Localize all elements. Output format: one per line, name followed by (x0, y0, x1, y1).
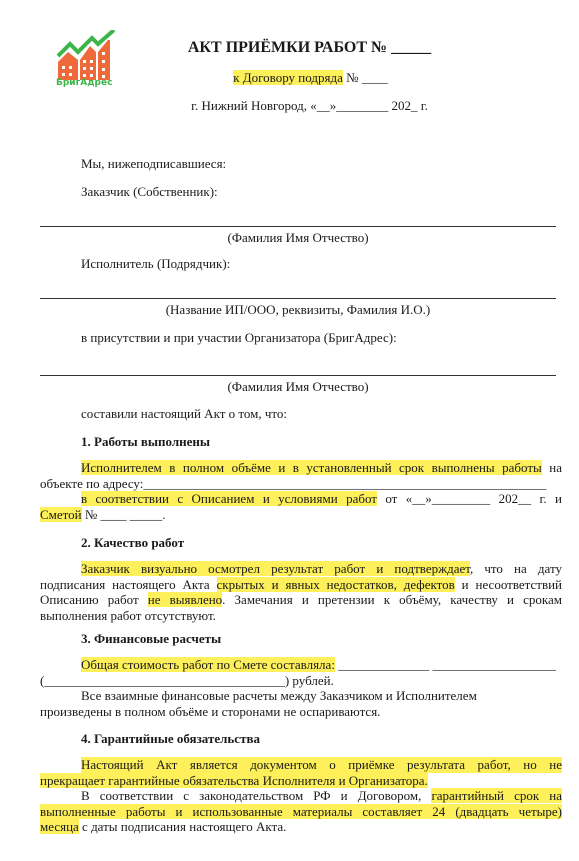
warranty-months-highlight: месяца (40, 819, 79, 834)
customer-caption: (Фамилия Имя Отчество) (40, 230, 556, 246)
warranty-not-terminated-highlight: Настоящий Акт является документом о приё… (81, 757, 562, 772)
s2-text: . Замечания и претензии к объёму, качест… (222, 592, 562, 607)
section-4-body: Настоящий Акт является документом о приё… (40, 757, 562, 835)
not-found-highlight: не выявлено (148, 592, 222, 607)
section-1-heading: 1. Работы выполнены (81, 434, 210, 450)
s2-text: выполнения работ отсутствуют. (40, 608, 562, 624)
organizer-name-line[interactable] (40, 375, 556, 376)
act-number-blank[interactable]: ___ (407, 39, 431, 56)
contract-number-blank[interactable]: № ____ (343, 70, 388, 85)
description-conformity-highlight: в соответствии с Описанием и условиями р… (81, 491, 377, 506)
warranty-period-highlight: гарантийный срок на (431, 788, 562, 803)
s1-text: на (542, 460, 562, 475)
section-3-heading: 3. Финансовые расчеты (81, 631, 221, 647)
s3-text: Все взаимные финансовые расчеты между За… (81, 688, 477, 703)
section-2-body: Заказчик визуально осмотрел результат ра… (40, 561, 562, 623)
total-cost-highlight: Общая стоимость работ по Смете составлял… (81, 657, 335, 672)
s2-text: Описанию работ (40, 592, 148, 607)
s2-text: подписания настоящего Акта (40, 577, 217, 592)
section-4-heading: 4. Гарантийные обязательства (81, 731, 260, 747)
contractor-name-line[interactable] (40, 298, 556, 299)
warranty-obligations-highlight: прекращает гарантийные обязательства Исп… (40, 773, 428, 788)
organizer-label: в присутствии и при участии Организатора… (81, 330, 397, 346)
section-2-heading: 2. Качество работ (81, 535, 184, 551)
section-1-body: Исполнителем в полном объёме и в установ… (40, 460, 562, 522)
parties-intro: Мы, нижеподписавшиеся: (81, 156, 226, 172)
object-address-field[interactable]: объекте по адресу:______________________… (40, 476, 562, 492)
description-date-field[interactable]: от «__»_________ 202__ г. и (377, 491, 562, 506)
document-title: АКТ ПРИЁМКИ РАБОТ № _____ (0, 39, 579, 57)
contractor-label: Исполнитель (Подрядчик): (81, 256, 230, 272)
total-cost-field[interactable]: ______________ ___________________ (335, 657, 556, 672)
defects-highlight: скрытых и явных недостатков, дефектов (217, 577, 455, 592)
city-date-line[interactable]: г. Нижний Новгород, «__»________ 202_ г. (0, 98, 579, 114)
customer-name-line[interactable] (40, 226, 556, 227)
organizer-caption: (Фамилия Имя Отчество) (40, 379, 556, 395)
warranty-period-highlight-2: выполненные работы и использованные мате… (40, 804, 562, 819)
contract-reference: к Договору подряда № ____ (0, 70, 579, 86)
parties-outro: составили настоящий Акт о том, что: (81, 406, 287, 422)
title-text: АКТ ПРИЁМКИ РАБОТ № __ (188, 39, 407, 56)
estimate-number-field[interactable]: № ____ _____. (82, 507, 166, 522)
s4-text: с даты подписания настоящего Акта. (79, 819, 287, 834)
s2-text: и несоответствий (455, 577, 562, 592)
section-3-body: Общая стоимость работ по Смете составлял… (40, 657, 562, 719)
s3-text: произведены в полном объёме и сторонами … (40, 704, 562, 720)
contractor-caption: (Название ИП/ООО, реквизиты, Фамилия И.О… (40, 302, 556, 318)
s2-text: , что на дату (470, 561, 562, 576)
contract-reference-highlight: к Договору подряда (233, 70, 343, 85)
works-completed-highlight: Исполнителем в полном объёме и в установ… (81, 460, 542, 475)
total-cost-words-field[interactable]: (_____________________________________) … (40, 673, 562, 689)
estimate-highlight: Сметой (40, 507, 82, 522)
visual-inspection-highlight: Заказчик визуально осмотрел результат ра… (81, 561, 470, 576)
customer-label: Заказчик (Собственник): (81, 184, 218, 200)
s4-text: В соответствии с законодательством РФ и … (81, 788, 431, 803)
